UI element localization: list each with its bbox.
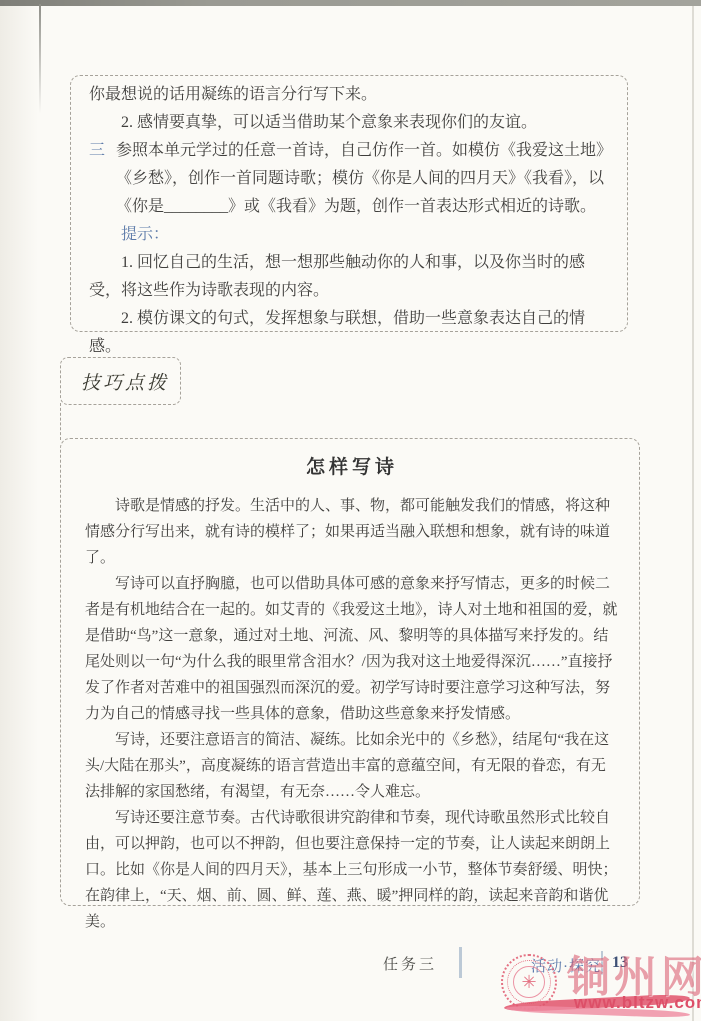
hint-label: 提示： <box>89 221 613 249</box>
tips-paragraph-2: 写诗可以直抒胸臆，也可以借助具体可感的意象来抒写情志，更多的时候二者是有机地结合… <box>85 571 619 727</box>
page-number: 13 <box>612 954 628 972</box>
watermark-site-url: www.bltzw.com <box>574 993 701 1013</box>
item-3-text: 参照本单元学过的任意一首诗，自己仿作一首。如模仿《我爱这土地》《乡愁》，创作一首… <box>116 142 612 215</box>
ribbon-icon <box>506 1005 690 1018</box>
exercise-item-3: 三 参照本单元学过的任意一首诗，自己仿作一首。如模仿《我爱这土地》《乡愁》，创作… <box>89 137 613 221</box>
tips-box: 怎样写诗 诗歌是情感的抒发。生活中的人、事、物，都可能触发我们的情感，将这种情感… <box>60 438 640 906</box>
scan-top-edge <box>0 0 701 6</box>
page-left-gutter-shadow <box>0 6 38 1021</box>
tips-paragraph-1: 诗歌是情感的抒发。生活中的人、事、物，都可能触发我们的情感，将这种情感分行写出来… <box>85 493 619 571</box>
footer-task-label: 任务三 <box>383 953 437 974</box>
page-right-edge-line <box>692 6 694 1021</box>
item-3-marker: 三 <box>89 137 105 165</box>
page-left-edge-line <box>39 4 41 114</box>
tips-paragraph-3: 写诗，还要注意语言的简洁、凝练。比如余光中的《乡愁》，结尾句“我在这头/大陆在那… <box>85 727 619 805</box>
exercise-continuation-line: 你最想说的话用凝练的语言分行写下来。 <box>89 81 613 109</box>
footer-divider <box>459 947 462 978</box>
exercise-item-2: 2. 感情要真挚，可以适当借助某个意象来表现你们的友谊。 <box>89 109 613 137</box>
tips-title: 怎样写诗 <box>85 455 619 481</box>
tips-tab: 技巧点拨 <box>60 357 181 405</box>
hint-2: 2. 模仿课文的句式，发挥想象与联想，借助一些意象表达自己的情感。 <box>89 305 613 361</box>
ribbon-icon <box>504 993 690 1013</box>
footer-section-label: 活动·探究 <box>531 955 601 976</box>
exercise-box: 你最想说的话用凝练的语言分行写下来。 2. 感情要真挚，可以适当借助某个意象来表… <box>70 75 628 332</box>
hint-1: 1. 回忆自己的生活，想一想那些触动你的人和事，以及你当时的感受，将这些作为诗歌… <box>89 249 613 305</box>
tips-tab-connector-line <box>60 403 61 440</box>
footer-divider <box>601 951 603 975</box>
scanned-textbook-page: 你最想说的话用凝练的语言分行写下来。 2. 感情要真挚，可以适当借助某个意象来表… <box>0 0 701 1021</box>
tips-tab-label: 技巧点拨 <box>81 368 169 395</box>
tips-paragraph-4: 写诗还要注意节奏。古代诗歌很讲究韵律和节奏，现代诗歌虽然形式比较自由，可以押韵，… <box>85 805 619 935</box>
